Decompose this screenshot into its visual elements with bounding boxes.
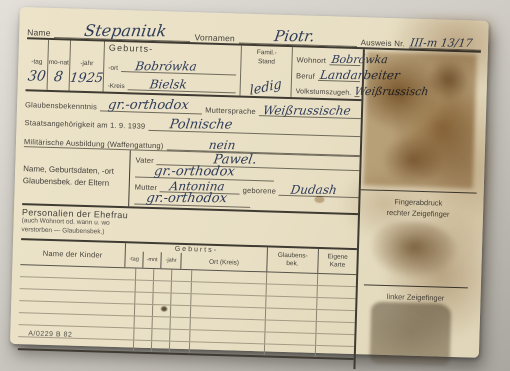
- staats-value: Polnische: [169, 118, 234, 131]
- card-body: -tag 30 mo-nat 8 -jahr 1925: [18, 39, 481, 371]
- glauben-field: gr.-orthodox: [100, 93, 203, 114]
- geborene-field: Dudash: [279, 182, 359, 197]
- fingerprint-divider: [364, 284, 468, 288]
- volkstum-label: Volkstumszugeh.: [296, 88, 352, 97]
- fingerprint-caption-line1: Fingerabdruck: [394, 197, 442, 207]
- vater-label: Vater: [135, 155, 154, 165]
- militar-value: nein: [208, 139, 236, 151]
- birth-ort-value: Bobrówka: [134, 60, 197, 72]
- eltern-label: Name, Geburtsdaten, -ort Glaubensbek. de…: [22, 147, 130, 206]
- birthplace-block: Geburts- -ort Bobrówka -Kreis Bielsk: [104, 42, 242, 96]
- photo-area: [361, 49, 481, 193]
- children-geburts-group: Geburts- -tag -mnt -jahr Ort (Kreis): [125, 243, 268, 271]
- name-value: Stepaniuk: [84, 23, 168, 39]
- vornamen-field: Piotr.: [239, 18, 358, 47]
- fingerprint-right-box: [358, 218, 476, 283]
- eltern-fields: Vater Pawel. gr.-orthodox: [128, 150, 360, 213]
- eltern-row: Name, Geburtsdaten, -ort Glaubensbek. de…: [22, 147, 360, 215]
- children-glaubens-header: Glaubens- bek.: [267, 247, 319, 273]
- birth-day-cell: -tag 30: [26, 39, 49, 90]
- ausweis-field: III-m 13/17: [409, 23, 482, 51]
- geborene-value: Dudash: [289, 183, 337, 195]
- form-area: -tag 30 mo-nat 8 -jahr 1925: [18, 39, 363, 369]
- volkstum-field: Weißrussisch: [354, 82, 360, 97]
- ausweis-label: Ausweis Nr.: [361, 38, 406, 48]
- famil-label-line1: Famil.-: [257, 49, 277, 57]
- birth-year-value: 1925: [69, 72, 104, 85]
- birth-day-value: 30: [26, 69, 46, 83]
- fingerprint-right-smudge: [370, 220, 458, 279]
- vater-faith-value: gr.-orthodox: [154, 165, 236, 178]
- glauben-value: gr.-orthodox: [107, 99, 189, 112]
- photo-glue-stain: [363, 51, 477, 188]
- mutter-faith-field: gr.-orthodox: [134, 191, 251, 207]
- children-name-header: Name der Kinder: [20, 240, 126, 267]
- vornamen-label: Vornamen: [194, 32, 235, 43]
- children-eigene-header: Eigene Karte: [318, 249, 357, 274]
- birth-date-columns: -tag 30 mo-nat 8 -jahr 1925: [26, 39, 105, 91]
- glaubens-header-line2: bek.: [286, 260, 299, 268]
- birth-month-value: 8: [53, 70, 64, 84]
- birth-kreis-value: Bielsk: [148, 78, 187, 90]
- wohnort-field: Bobrówka: [329, 50, 361, 66]
- photo-fingerprint-column: Fingerabdruck rechter Zeigefinger linker…: [353, 49, 480, 371]
- name-label: Name: [27, 27, 51, 38]
- residence-block: Wohnort Bobrówka Beruf Landarbeiter: [291, 47, 362, 99]
- famil-label-line2: Stand: [258, 58, 275, 66]
- muttersprache-value: Weißrussische: [262, 104, 351, 116]
- children-ort-header: Ort (Kreis): [181, 253, 266, 272]
- children-tag-header: -tag: [125, 251, 143, 268]
- mutter-faith-value: gr.-orthodox: [145, 192, 227, 205]
- children-monat-header: -mnt: [143, 252, 161, 269]
- ehefrau-subtitle-line2: verstorben — Glaubensbek.): [21, 226, 104, 235]
- birth-kreis-field: Bielsk: [128, 72, 237, 94]
- famil-value: ledig: [242, 76, 289, 99]
- identity-card: Name Stepaniuk Vornamen Piotr. Ausweis N…: [10, 7, 489, 358]
- form-code: A/0229 B 82: [28, 330, 72, 338]
- card-content: Name Stepaniuk Vornamen Piotr. Ausweis N…: [18, 11, 482, 353]
- name-field: Stepaniuk: [55, 12, 192, 42]
- birth-year-label: -jahr: [70, 60, 103, 68]
- birth-month-cell: mo-nat 8: [48, 40, 71, 91]
- ausweis-value: III-m 13/17: [410, 37, 474, 48]
- children-table: Name der Kinder Geburts- -tag -mnt -jahr…: [18, 240, 357, 360]
- children-jahr-header: -jahr: [161, 252, 181, 269]
- birth-month-label: mo-nat: [48, 59, 69, 67]
- birth-day-label: -tag: [26, 58, 47, 66]
- birth-kreis-label: -Kreis: [108, 83, 125, 91]
- familienstand-cell: Famil.- Stand ledig: [240, 46, 292, 97]
- vornamen-value: Piotr.: [273, 29, 315, 44]
- beruf-field: Landarbeiter: [318, 65, 360, 82]
- eigene-header-line2: Karte: [330, 261, 346, 270]
- scan-background: Name Stepaniuk Vornamen Piotr. Ausweis N…: [0, 0, 510, 371]
- fingerprint-left-box: [355, 301, 473, 371]
- fingerprint-caption-line2: rechter Zeigefinger: [386, 208, 449, 219]
- eltern-label-line2: Glaubensbek. der Eltern: [23, 175, 129, 190]
- fingerprint-left-smudge: [370, 301, 452, 365]
- birth-year-cell: -jahr 1925: [69, 41, 105, 92]
